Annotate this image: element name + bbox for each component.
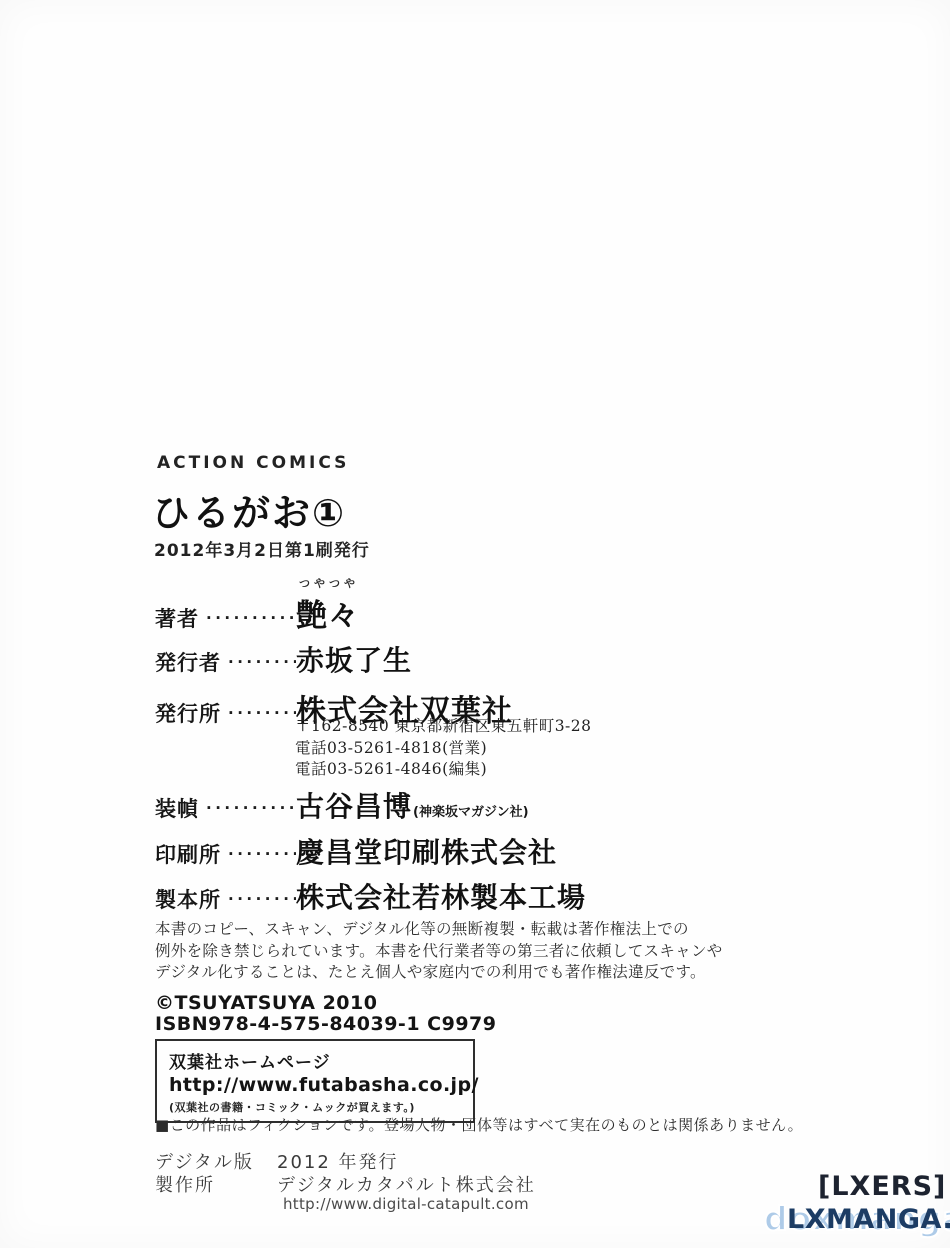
print-date: 2012年3月2日第1刷発行 <box>154 536 370 561</box>
leader-dots: ····················· <box>221 890 296 908</box>
publisher-name: 赤坂了生 <box>296 639 412 679</box>
furigana: つやつや <box>299 575 359 591</box>
colophon-row-bindery: 製本所 ····················· 株式会社若林製本工場 <box>155 876 715 916</box>
row-label: 装幀 <box>155 793 199 823</box>
watermark-tag: [LXERS] <box>818 1171 946 1202</box>
watermark-site-front: LXMANGA.COM <box>787 1204 950 1235</box>
row-label: 著者 <box>155 603 199 633</box>
credits-block: ©TSUYATSUYA 2010 ISBN978-4-575-84039-1 C… <box>155 993 496 1035</box>
colophon-page: ACTION COMICS ひるがお① 2012年3月2日第1刷発行 著者 ··… <box>0 0 950 1248</box>
bindery-company: 株式会社若林製本工場 <box>296 876 586 916</box>
colophon-row-binding: 装幀 ····················· 古谷昌博(神楽坂マガジン社) <box>155 785 715 825</box>
homepage-title: 双葉社ホームページ <box>169 1048 463 1073</box>
producer-label: 製作所 <box>155 1171 277 1197</box>
colophon-row-publisher: 発行者 ····················· 赤坂了生 <box>155 639 715 679</box>
binding-designer-note: (神楽坂マガジン社) <box>413 805 529 820</box>
binding-designer: 古谷昌博(神楽坂マガジン社) <box>296 785 529 825</box>
colophon-row-author: 著者 ····················· つやつや 艶々 <box>155 590 715 635</box>
fiction-disclaimer: ■この作品はフィクションです。登場人物・団体等はすべて実在のものとは関係ありませ… <box>155 1114 803 1135</box>
homepage-note: (双葉社の書籍・コミック・ムックが買えます。) <box>169 1099 463 1115</box>
row-head: 発行所 ····················· <box>155 698 296 728</box>
row-head: 印刷所 ····················· <box>155 839 296 869</box>
notice-line-1: 本書のコピー、スキャン、デジタル化等の無断複製・転載は著作権法上での <box>155 919 723 941</box>
leader-dots: ····················· <box>221 653 296 671</box>
publisher-address: 〒162-8540 東京都新宿区東五軒町3-28 電話03-5261-4818(… <box>295 716 592 781</box>
phone-editorial-line: 電話03-5261-4846(編集) <box>295 759 592 781</box>
imprint-label: ACTION COMICS <box>157 453 349 473</box>
row-label: 発行者 <box>155 647 221 677</box>
row-label: 発行所 <box>155 698 221 728</box>
book-title: ひるがお① <box>152 482 346 537</box>
binding-designer-name: 古谷昌博 <box>296 790 412 823</box>
leader-dots: ····················· <box>199 609 296 627</box>
producer-row: 製作所 デジタルカタパルト株式会社 <box>155 1171 536 1197</box>
isbn-line: ISBN978-4-575-84039-1 C9979 <box>155 1014 496 1035</box>
producer-url: http://www.digital-catapult.com <box>283 1195 529 1213</box>
phone-sales-line: 電話03-5261-4818(営業) <box>295 738 592 760</box>
row-head: 著者 ····················· <box>155 603 296 633</box>
copyright-line: ©TSUYATSUYA 2010 <box>155 993 496 1014</box>
printer-company: 慶昌堂印刷株式会社 <box>296 831 557 871</box>
colophon-row-printer: 印刷所 ····················· 慶昌堂印刷株式会社 <box>155 831 715 871</box>
row-head: 発行者 ····················· <box>155 647 296 677</box>
author-name: つやつや 艶々 <box>296 590 360 635</box>
notice-line-3: デジタル化することは、たとえ個人や家庭内での利用でも著作権法違反です。 <box>155 962 723 984</box>
row-head: 装幀 ····················· <box>155 793 296 823</box>
leader-dots: ····················· <box>221 845 296 863</box>
row-label: 印刷所 <box>155 839 221 869</box>
address-line: 〒162-8540 東京都新宿区東五軒町3-28 <box>295 716 592 738</box>
leader-dots: ····················· <box>221 704 296 722</box>
author-name-text: 艶々 <box>296 598 360 634</box>
copyright-notice: 本書のコピー、スキャン、デジタル化等の無断複製・転載は著作権法上での 例外を除き… <box>155 919 723 984</box>
producer-name: デジタルカタパルト株式会社 <box>277 1171 536 1197</box>
leader-dots: ····················· <box>199 799 296 817</box>
notice-line-2: 例外を除き禁じられています。本書を代行業者等の第三者に依頼してスキャンや <box>155 941 723 963</box>
row-label: 製本所 <box>155 884 221 914</box>
homepage-box: 双葉社ホームページ http://www.futabasha.co.jp/ (双… <box>155 1039 475 1123</box>
row-head: 製本所 ····················· <box>155 884 296 914</box>
homepage-url: http://www.futabasha.co.jp/ <box>169 1074 463 1096</box>
